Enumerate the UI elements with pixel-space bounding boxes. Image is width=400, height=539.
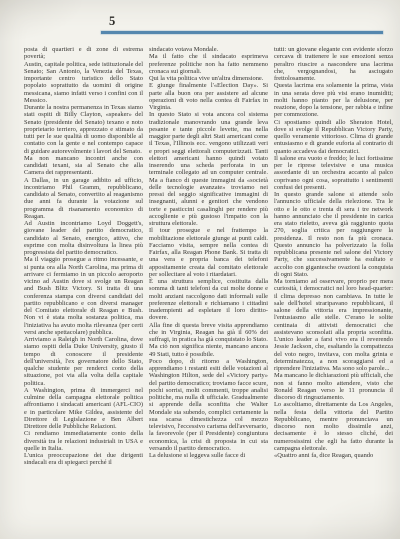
paragraph: La delusione si leggeva sulle facce di (149, 452, 268, 459)
paragraph: «Quattro anni fa, dice Reagan, quando (274, 452, 393, 459)
paragraph: A Washington, prima di immergerci nel cu… (24, 387, 143, 431)
paragraph: In questo Stato si vota ancora col siste… (149, 111, 268, 227)
column-1: posta di quartieri e di zone di estrema … (24, 46, 143, 467)
paragraph: Arriviamo a Raleigh in North Carolina, d… (24, 336, 143, 387)
page-header: 5 (0, 13, 400, 37)
paragraph: Ma torniamo ad osservare, proprio per me… (274, 278, 393, 372)
column-3: tutti: un giovane elegante con evidente … (274, 46, 393, 467)
paragraph: Ma mancano le dichiarazioni più ufficial… (274, 372, 393, 401)
header-rule (101, 31, 383, 34)
paragraph: sindacato votava Mondale. (149, 46, 268, 53)
paragraph: posta di quartieri e di zone di estrema … (24, 46, 143, 61)
page-number: 5 (109, 14, 115, 29)
paragraph: Lo ascoltiamo, direttamente da Los Angel… (274, 401, 393, 452)
text-columns: posta di quartieri e di zone di estrema … (24, 46, 393, 467)
paragraph: Il tour prosegue e nel frattempo la mobi… (149, 227, 268, 278)
paragraph: Qui la vita politica vive un'altra dimen… (149, 75, 268, 82)
paragraph: Alla fine di questa breve visita apprend… (149, 322, 268, 344)
paragraph: Ma non mancano incontri anche con candid… (24, 155, 143, 177)
paragraph: Durante la nostra permanenza in Texas si… (24, 104, 143, 155)
paragraph: Austin, capitale politica, sede istituzi… (24, 61, 143, 105)
paragraph: Il salone era vuoto e freddo; le luci fo… (274, 155, 393, 191)
document-page: 5 posta di quartieri e di zone di estrem… (0, 0, 400, 539)
paragraph: Ci rendiamo immediatamente conto della d… (24, 430, 143, 452)
paragraph: Poco dopo, di ritorno a Washington, appr… (149, 358, 268, 452)
paragraph: Ad Austin incontriamo Loyd Doggett's, gi… (24, 220, 143, 256)
paragraph: Ma il fatto che il sindacato esprimeva p… (149, 53, 268, 75)
paragraph: L'unica preoccupazione dei due dirigenti… (24, 452, 143, 467)
paragraph: Ma ciò non significa niente, mancano anc… (149, 343, 268, 358)
paragraph: Questa lacrima era solamente la prima, v… (274, 82, 393, 118)
paragraph: tutti: un giovane elegante con evidente … (274, 46, 393, 82)
paragraph: È una struttura semplice, costituita dal… (149, 278, 268, 322)
column-2: sindacato votava Mondale. Ma il fatto ch… (149, 46, 268, 467)
paragraph: In questo grande salone si attende solo … (274, 191, 393, 278)
paragraph: A Dallas, in un garage adibito ad uffici… (24, 177, 143, 221)
paragraph: Ma il viaggio prosegue a ritmo incessant… (24, 256, 143, 336)
paragraph: Ci spostiamo quindi allo Sheraton Hotel,… (274, 119, 393, 155)
paragraph: E giunge finalmente l'«Election Day». Si… (149, 82, 268, 111)
